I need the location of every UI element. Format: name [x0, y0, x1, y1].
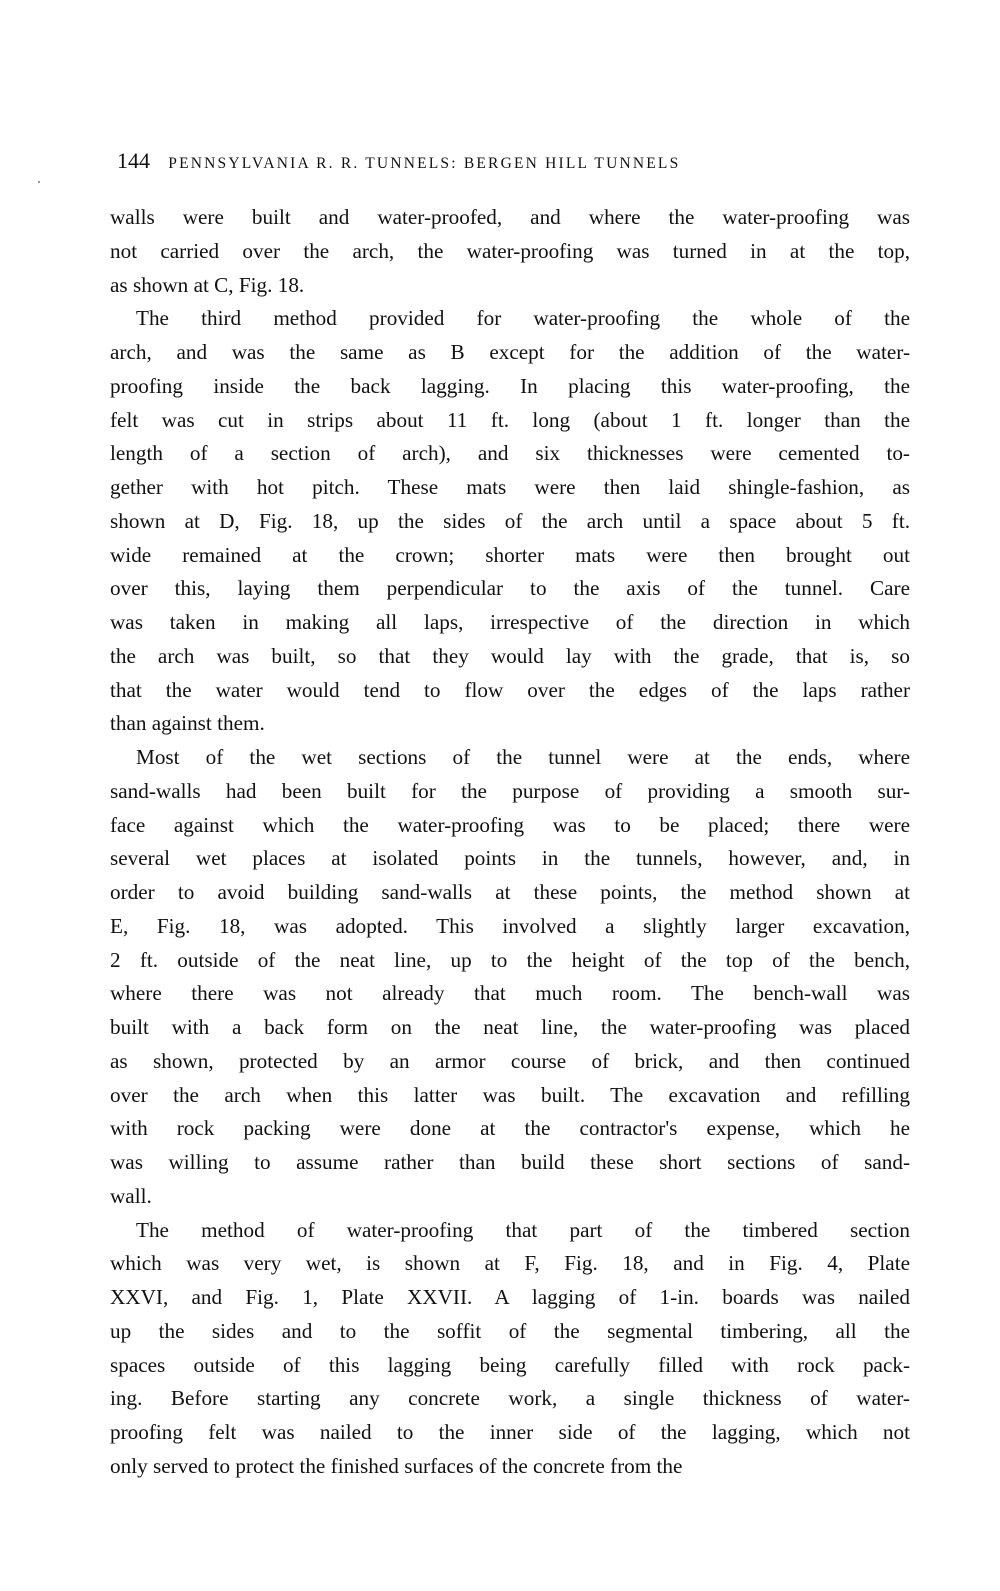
text-line: ing. Before starting any concrete work, …	[110, 1382, 910, 1416]
text-line: order to avoid building sand-walls at th…	[110, 876, 910, 910]
text-line: Most of the wet sections of the tunnel w…	[110, 741, 910, 775]
running-title: PENNSYLVANIA R. R. TUNNELS: BERGEN HILL …	[168, 155, 680, 172]
text-line: as shown, protected by an armor course o…	[110, 1045, 910, 1079]
text-line: over the arch when this latter was built…	[110, 1079, 910, 1113]
text-line: the arch was built, so that they would l…	[110, 640, 910, 674]
text-line: than against them.	[110, 707, 910, 741]
text-line: wall.	[110, 1180, 910, 1214]
paragraph: The method of water-proofing that part o…	[110, 1214, 910, 1484]
paragraph: The third method provided for water-proo…	[110, 302, 910, 741]
running-header: 144 PENNSYLVANIA R. R. TUNNELS: BERGEN H…	[117, 148, 857, 174]
text-line: felt was cut in strips about 11 ft. long…	[110, 404, 910, 438]
text-line: The method of water-proofing that part o…	[110, 1214, 910, 1248]
text-line: The third method provided for water-proo…	[110, 302, 910, 336]
text-line: sand-walls had been built for the purpos…	[110, 775, 910, 809]
text-line: built with a back form on the neat line,…	[110, 1011, 910, 1045]
text-line: shown at D, Fig. 18, up the sides of the…	[110, 505, 910, 539]
text-line: gether with hot pitch. These mats were t…	[110, 471, 910, 505]
body-text: walls were built and water-proofed, and …	[110, 201, 910, 1484]
text-line: proofing inside the back lagging. In pla…	[110, 370, 910, 404]
text-line: as shown at C, Fig. 18.	[110, 269, 910, 303]
text-line: length of a section of arch), and six th…	[110, 437, 910, 471]
text-line: XXVI, and Fig. 1, Plate XXVII. A lagging…	[110, 1281, 910, 1315]
paragraph: walls were built and water-proofed, and …	[110, 201, 910, 302]
text-line: over this, laying them perpendicular to …	[110, 572, 910, 606]
text-line: up the sides and to the soffit of the se…	[110, 1315, 910, 1349]
page-number: 144	[117, 148, 150, 173]
text-line: 2 ft. outside of the neat line, up to th…	[110, 944, 910, 978]
paragraph: Most of the wet sections of the tunnel w…	[110, 741, 910, 1214]
text-line: with rock packing were done at the contr…	[110, 1112, 910, 1146]
text-line: was taken in making all laps, irrespecti…	[110, 606, 910, 640]
text-line: walls were built and water-proofed, and …	[110, 201, 910, 235]
text-line: which was very wet, is shown at F, Fig. …	[110, 1247, 910, 1281]
text-line: was willing to assume rather than build …	[110, 1146, 910, 1180]
document-page: 144 PENNSYLVANIA R. R. TUNNELS: BERGEN H…	[0, 0, 1000, 1591]
text-line: several wet places at isolated points in…	[110, 842, 910, 876]
text-line: E, Fig. 18, was adopted. This involved a…	[110, 910, 910, 944]
text-line: wide remained at the crown; shorter mats…	[110, 539, 910, 573]
text-line: spaces outside of this lagging being car…	[110, 1349, 910, 1383]
text-line: arch, and was the same as B except for t…	[110, 336, 910, 370]
text-line: face against which the water-proofing wa…	[110, 809, 910, 843]
text-line: not carried over the arch, the water-pro…	[110, 235, 910, 269]
text-line: where there was not already that much ro…	[110, 977, 910, 1011]
text-line: only served to protect the finished surf…	[110, 1450, 910, 1484]
text-line: proofing felt was nailed to the inner si…	[110, 1416, 910, 1450]
text-line: that the water would tend to flow over t…	[110, 674, 910, 708]
scan-speck	[38, 181, 40, 183]
